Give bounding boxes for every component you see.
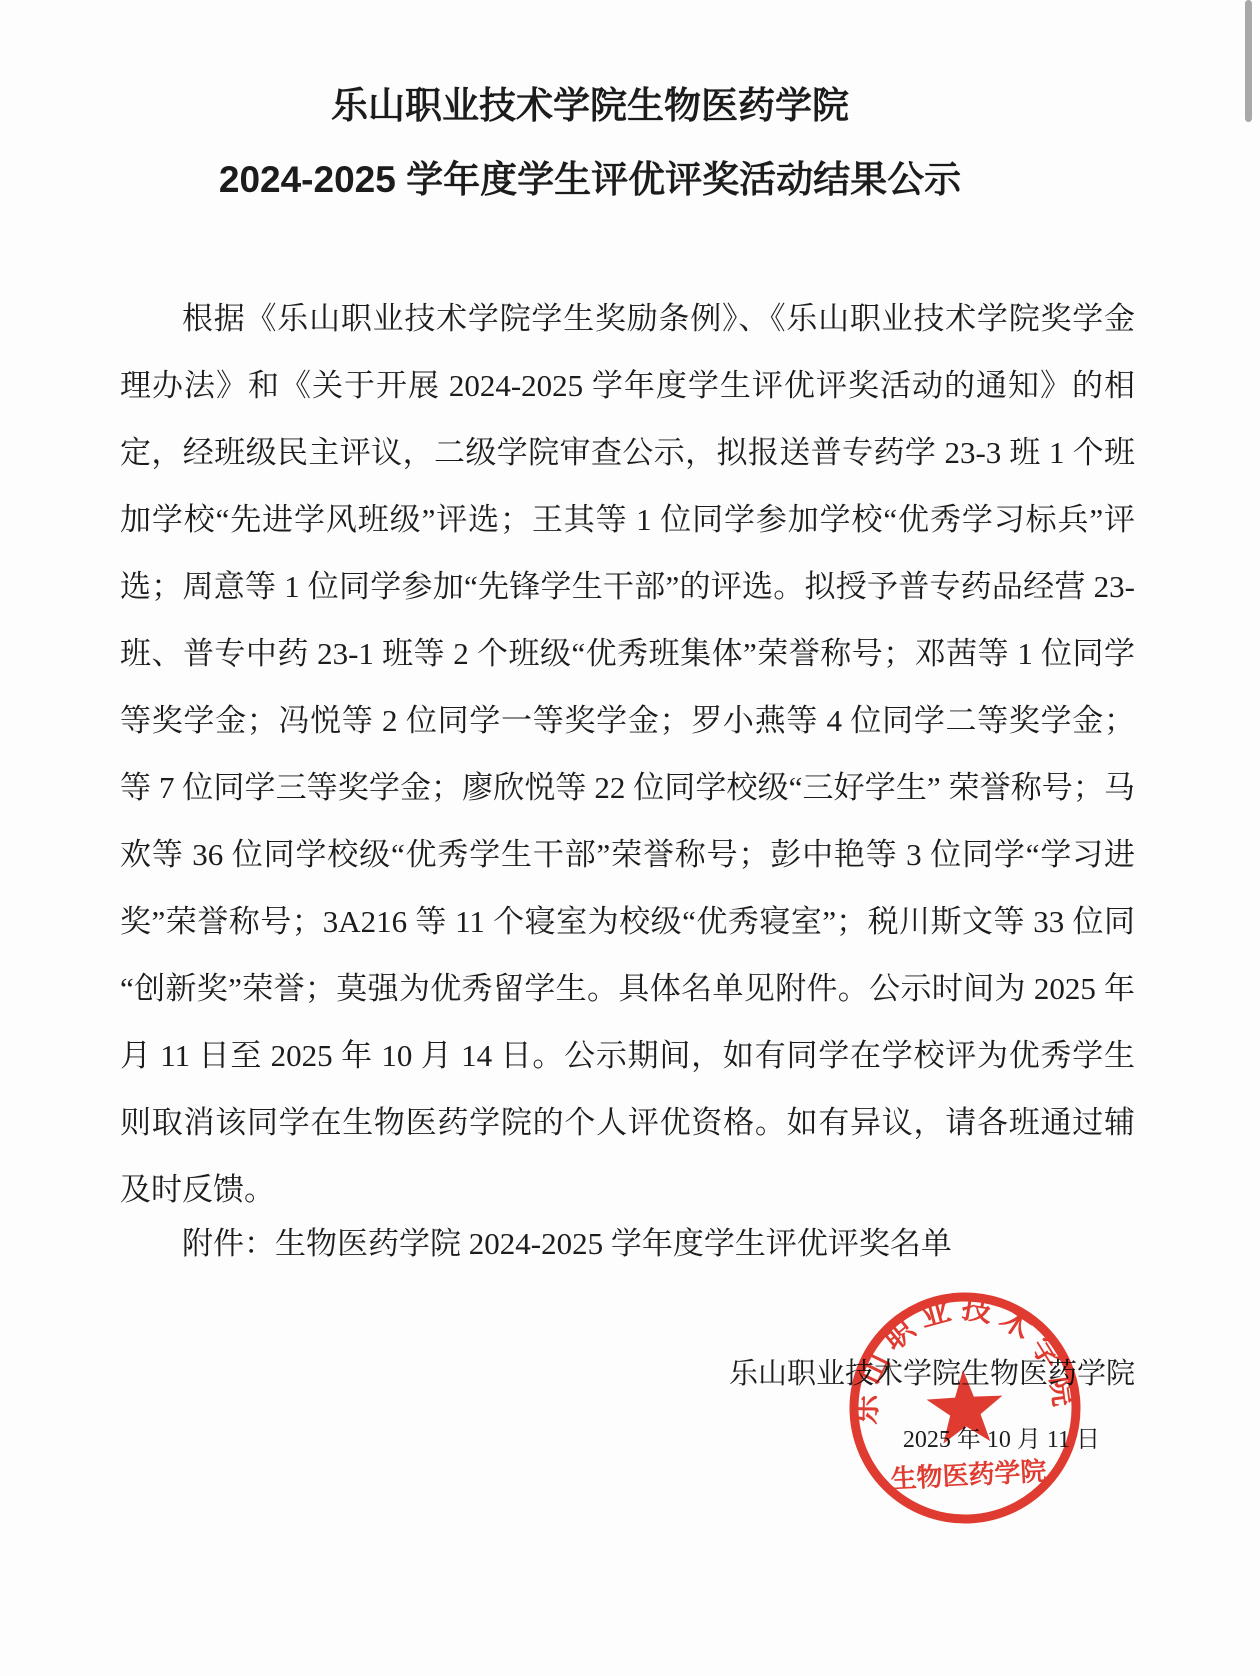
body-line: 欢等 36 位同学校级“优秀学生干部”荣誉称号；彭中艳等 3 位同学“学习进步 (120, 821, 1135, 888)
body-line: 定，经班级民主评议，二级学院审查公示，拟报送普专药学 23-3 班 1 个班级参 (120, 419, 1135, 486)
body-line: 等 7 位同学三等奖学金；廖欣悦等 22 位同学校级“三好学生” 荣誉称号；马 (120, 754, 1135, 821)
page-title-line2: 2024-2025 学年度学生评优评奖活动结果公示 (0, 158, 1180, 202)
seal-bottom-text: 生物医药学院 (890, 1456, 1047, 1494)
body-line: 选；周意等 1 位同学参加“先锋学生干部”的评选。拟授予普专药品经营 23-1 (120, 553, 1135, 620)
body-line: 根据《乐山职业技术学院学生奖励条例》、《乐山职业技术学院奖学金管 (120, 285, 1135, 352)
scrollbar-thumb[interactable] (1245, 0, 1252, 122)
body-line: 奖”荣誉称号；3A216 等 11 个寝室为校级“优秀寝室”；税川斯文等 33 … (120, 888, 1135, 955)
body-line: 班、普专中药 23-1 班等 2 个班级“优秀班集体”荣誉称号；邓茜等 1 位同… (120, 620, 1135, 687)
star-icon (925, 1368, 1005, 1444)
attachment-line: 附件：生物医药学院 2024-2025 学年度学生评优评奖名单 (120, 1210, 1135, 1277)
official-seal: 乐山职业技术学院 生物医药学院 (839, 1282, 1091, 1534)
body-line: 加学校“先进学风班级”评选；王其等 1 位同学参加学校“优秀学习标兵”评 (120, 486, 1135, 553)
body-paragraph: 根据《乐山职业技术学院学生奖励条例》、《乐山职业技术学院奖学金管理办法》和《关于… (120, 285, 1135, 1223)
document-title-block: 乐山职业技术学院生物医药学院 2024-2025 学年度学生评优评奖活动结果公示 (0, 84, 1180, 202)
body-line: 月 11 日至 2025 年 10 月 14 日。公示期间，如有同学在学校评为优… (120, 1022, 1135, 1089)
body-line: 理办法》和《关于开展 2024-2025 学年度学生评优评奖活动的通知》的相关规 (120, 352, 1135, 419)
body-line: 则取消该同学在生物医药学院的个人评优资格。如有异议，请各班通过辅导员 (120, 1089, 1135, 1156)
document-page: 乐山职业技术学院生物医药学院 2024-2025 学年度学生评优评奖活动结果公示… (0, 0, 1260, 1676)
page-title-line1: 乐山职业技术学院生物医药学院 (0, 84, 1180, 128)
body-line: “创新奖”荣誉；莫强为优秀留学生。具体名单见附件。公示时间为 2025 年 10 (120, 955, 1135, 1022)
body-line: 等奖学金；冯悦等 2 位同学一等奖学金；罗小燕等 4 位同学二等奖学金； 欧敏 (120, 687, 1135, 754)
